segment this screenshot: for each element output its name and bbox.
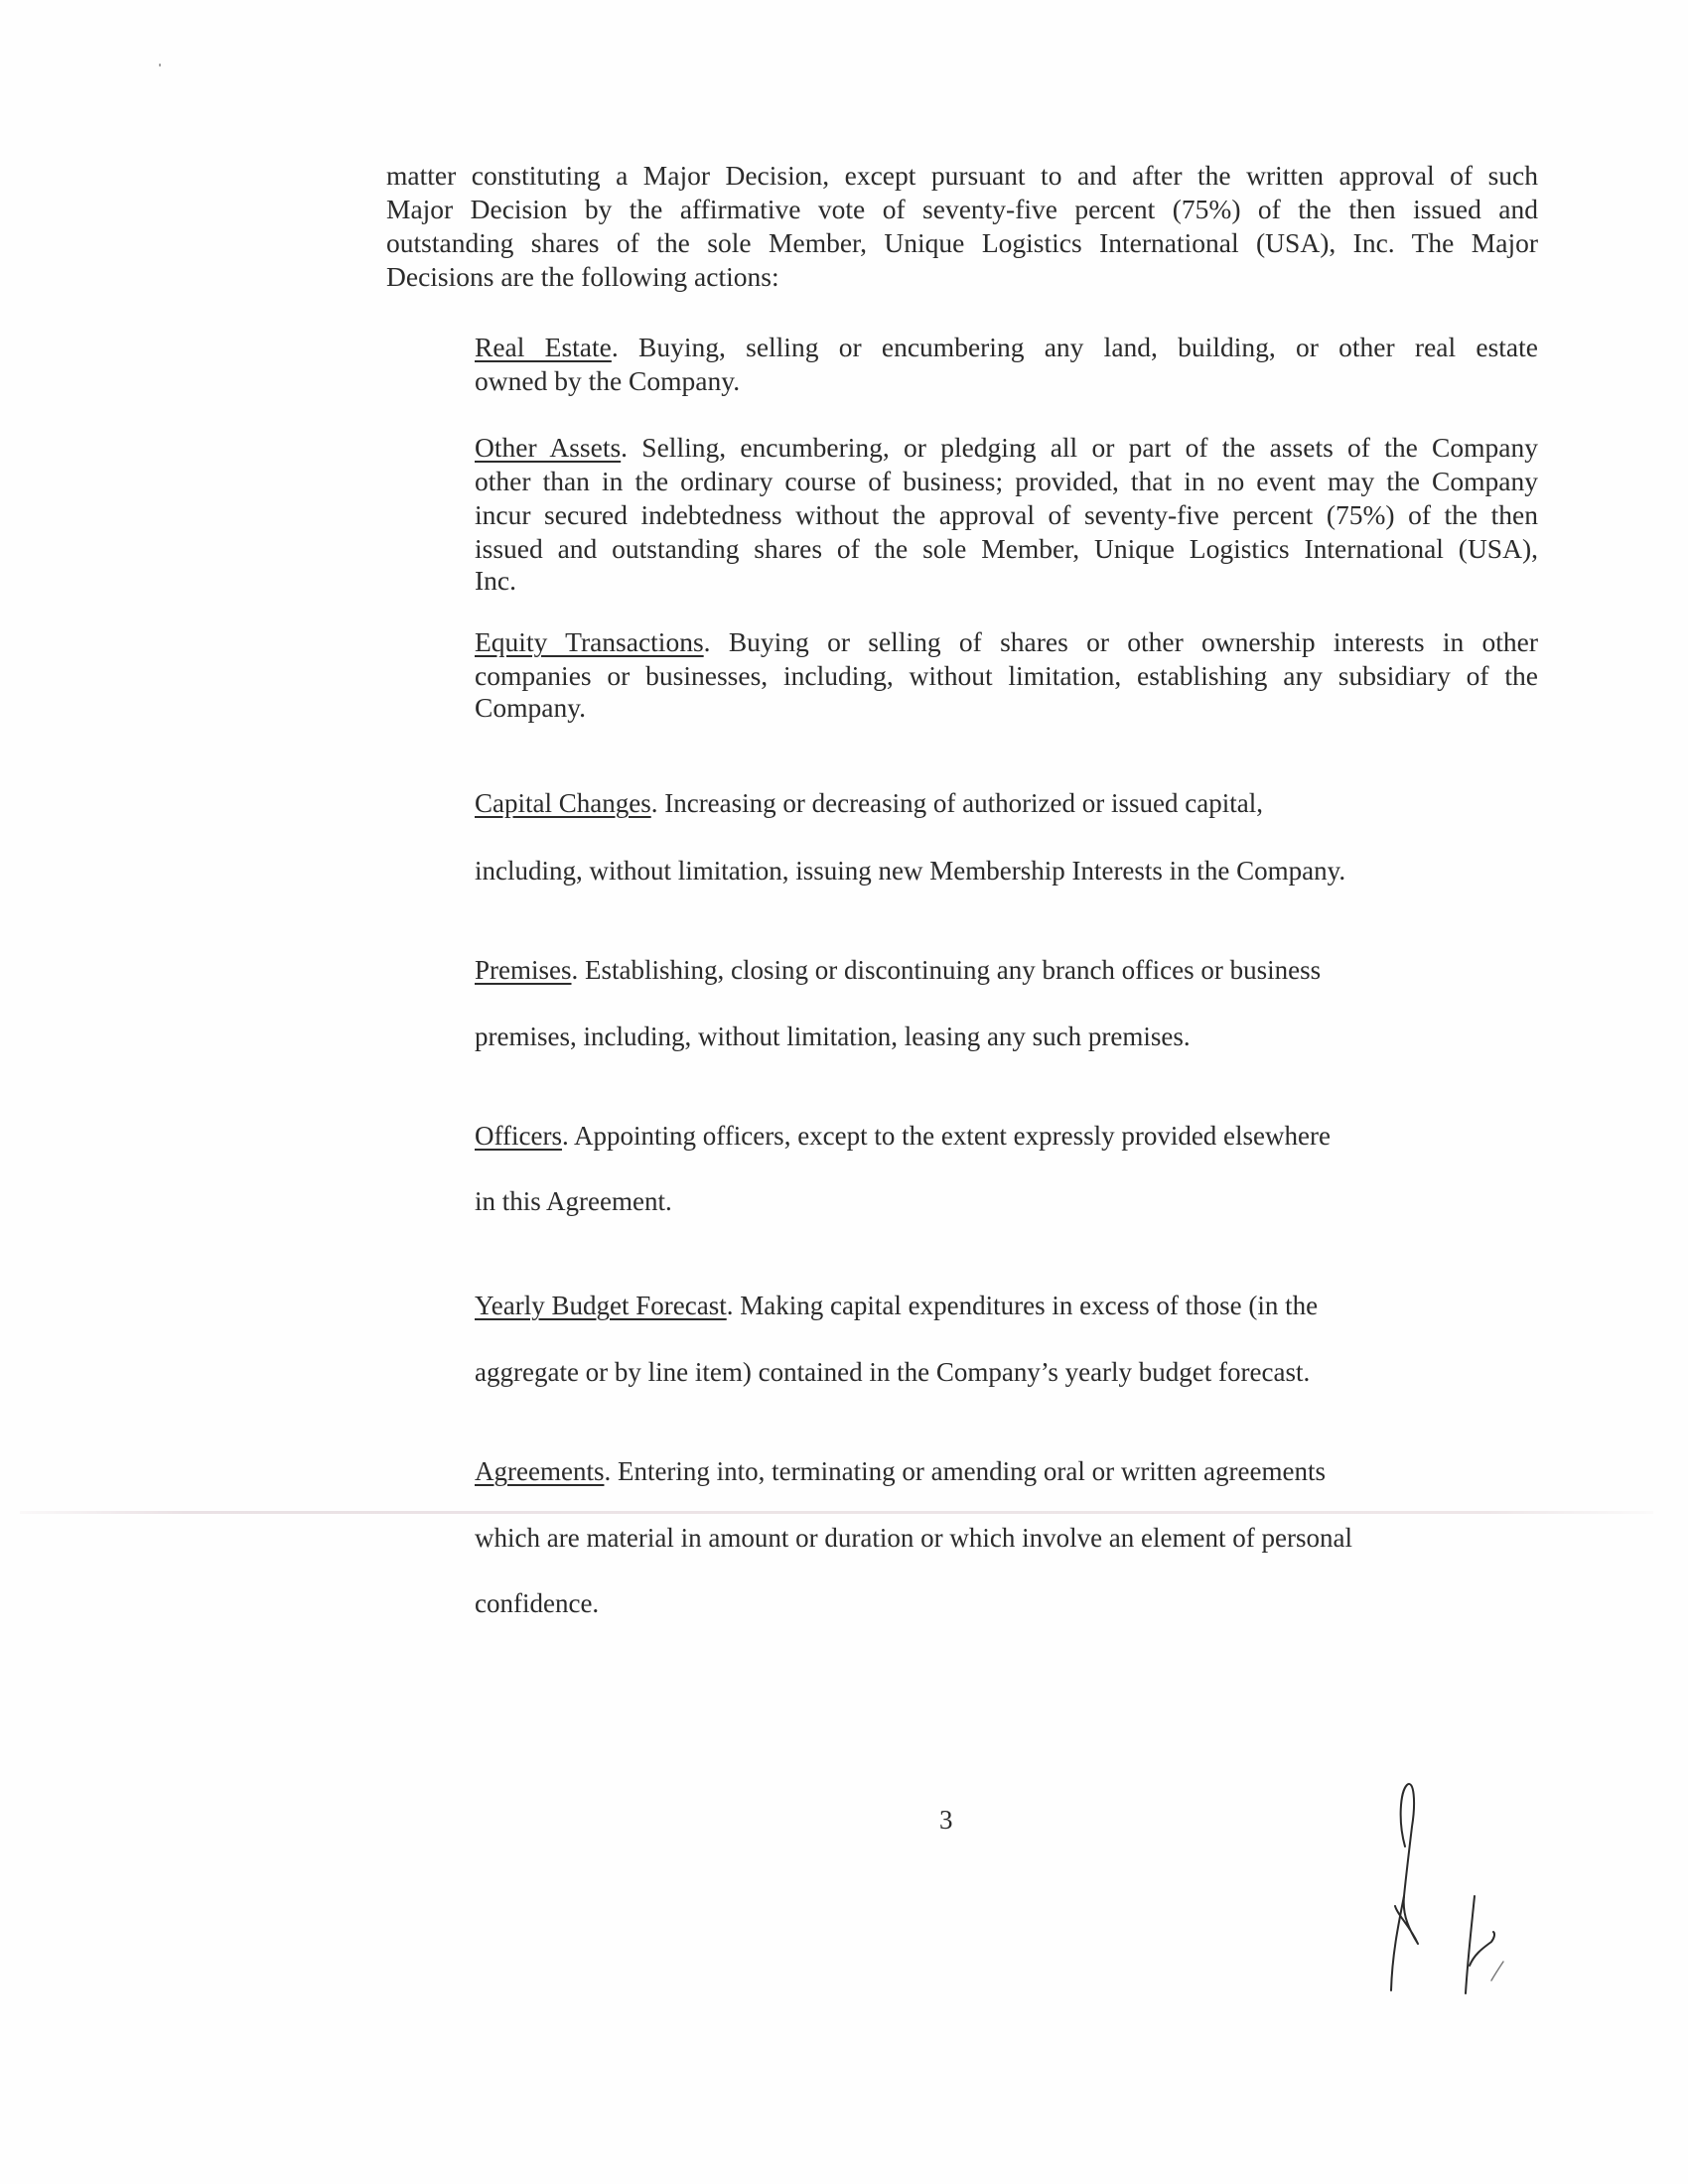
decision-line: aggregate or by line item) contained in … [475,1355,1538,1389]
page-number: 3 [939,1803,953,1837]
decision-first-line: Real Estate. Buying, selling or encumber… [475,331,1538,364]
decision-text: . Making capital expenditures in excess … [727,1291,1318,1320]
decision-heading: Officers [475,1121,562,1151]
decision-text: . Increasing or decreasing of authorized… [651,788,1263,818]
decision-heading: Premises [475,955,572,985]
scan-artifact-line [20,1511,1653,1514]
scan-speck [159,64,161,67]
decision-line: other than in the ordinary course of bus… [475,465,1538,498]
decision-line: in this Agreement. [475,1184,1538,1218]
decision-text: . Buying, selling or encumbering any lan… [612,332,1538,362]
decision-first-line: Yearly Budget Forecast. Making capital e… [475,1289,1538,1322]
decision-line: companies or businesses, including, with… [475,659,1538,693]
decision-line: owned by the Company. [475,364,1538,398]
decision-line: premises, including, without limitation,… [475,1020,1538,1053]
decision-line: including, without limitation, issuing n… [475,854,1538,887]
decision-first-line: Equity Transactions. Buying or selling o… [475,625,1538,659]
intro-line: Major Decision by the affirmative vote o… [386,193,1538,226]
decision-line: Company. [475,691,1538,725]
intro-line: matter constituting a Major Decision, ex… [386,159,1538,193]
decision-first-line: Premises. Establishing, closing or disco… [475,953,1538,987]
decision-first-line: Officers. Appointing officers, except to… [475,1119,1538,1153]
decision-heading: Capital Changes [475,788,651,818]
decision-heading: Yearly Budget Forecast [475,1291,727,1320]
decision-text: . Establishing, closing or discontinuing… [572,955,1322,985]
decision-first-line: Other Assets. Selling, encumbering, or p… [475,431,1538,465]
decision-heading: Other Assets [475,432,621,463]
decision-text: . Selling, encumbering, or pledging all … [621,432,1538,463]
document-page: matter constituting a Major Decision, ex… [0,0,1688,2184]
signature-initials-icon [1380,1767,1549,1995]
decision-first-line: Agreements. Entering into, terminating o… [475,1454,1538,1488]
decision-heading: Agreements [475,1456,604,1486]
decision-first-line: Capital Changes. Increasing or decreasin… [475,786,1538,820]
decision-line: incur secured indebtedness without the a… [475,498,1538,532]
intro-line: Decisions are the following actions: [386,260,1538,294]
decision-text: . Buying or selling of shares or other o… [704,626,1538,657]
decision-line: Inc. [475,564,1538,598]
intro-line: outstanding shares of the sole Member, U… [386,226,1538,260]
decision-line: which are material in amount or duration… [475,1521,1538,1555]
decision-text: . Entering into, terminating or amending… [604,1456,1326,1486]
decision-heading: Equity Transactions [475,626,704,657]
decision-line: issued and outstanding shares of the sol… [475,532,1538,566]
decision-text: . Appointing officers, except to the ext… [562,1121,1331,1151]
decision-heading: Real Estate [475,332,612,362]
decision-line: confidence. [475,1586,1538,1620]
